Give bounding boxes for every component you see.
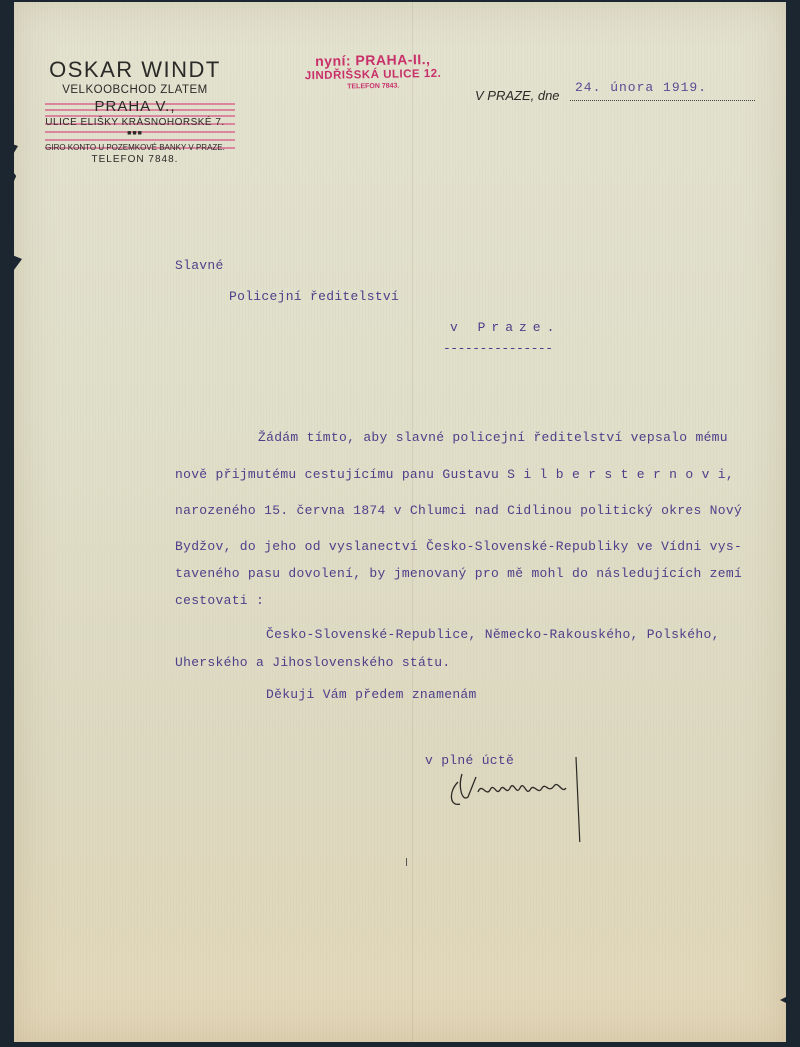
addressee-city: v Praze. (450, 320, 560, 335)
signature (448, 752, 588, 842)
company-name: OSKAR WINDT (30, 58, 240, 82)
address-stamp: nyní: PRAHA-II., JINDŘIŠSKÁ ULICE 12. TE… (288, 51, 459, 92)
paper-fold (412, 2, 413, 1042)
body-line: narozeného 15. června 1874 v Chlumci nad… (175, 503, 742, 518)
company-subtitle: VELKOOBCHOD ZLATEM (30, 84, 240, 96)
stamp-line-2: JINDŘIŠSKÁ ULICE 12. (288, 68, 458, 83)
margin-mark (406, 858, 407, 866)
addressee-office: Policejní ředitelství (229, 289, 399, 304)
date-prefix: V PRAZE, dne (475, 88, 560, 103)
date-dotted-line (570, 100, 755, 101)
company-telephone: TELEFON 7848. (30, 154, 240, 165)
date-value: 24. února 1919. (575, 80, 707, 95)
body-line: Bydžov, do jeho od vyslanectví Česko-Slo… (175, 539, 742, 554)
company-street: ULICE ELIŠKY KRÁSNOHORSKÉ 7. (30, 117, 240, 128)
addressee-underline: --------------- (443, 341, 553, 356)
body-line: nově přijmutému cestujícímu panu Gustavu… (175, 467, 734, 482)
thanks-line: Děkuji Vám předem znamenám (266, 687, 477, 702)
body-line: Žádám tímto, aby slavné policejní ředite… (258, 430, 728, 445)
company-city: PRAHA V., (30, 98, 240, 115)
body-line: taveného pasu dovolení, by jmenovaný pro… (175, 566, 742, 581)
dateline: V PRAZE, dne 24. února 1919. (475, 80, 755, 104)
divider-dots: ■■■ (30, 130, 240, 137)
stamp-line-1: nyní: PRAHA-II., (288, 51, 458, 70)
countries-line: Uherského a Jihoslovenského státu. (175, 655, 450, 670)
letterhead: OSKAR WINDT VELKOOBCHOD ZLATEM PRAHA V.,… (30, 58, 240, 165)
company-giro: GIRO KONTO U POZEMKOVÉ BANKY V PRAZE. (30, 143, 240, 152)
body-line: cestovati : (175, 593, 264, 608)
salutation: Slavné (175, 258, 224, 273)
countries-line: Česko-Slovenské-Republice, Německo-Rakou… (266, 627, 720, 642)
